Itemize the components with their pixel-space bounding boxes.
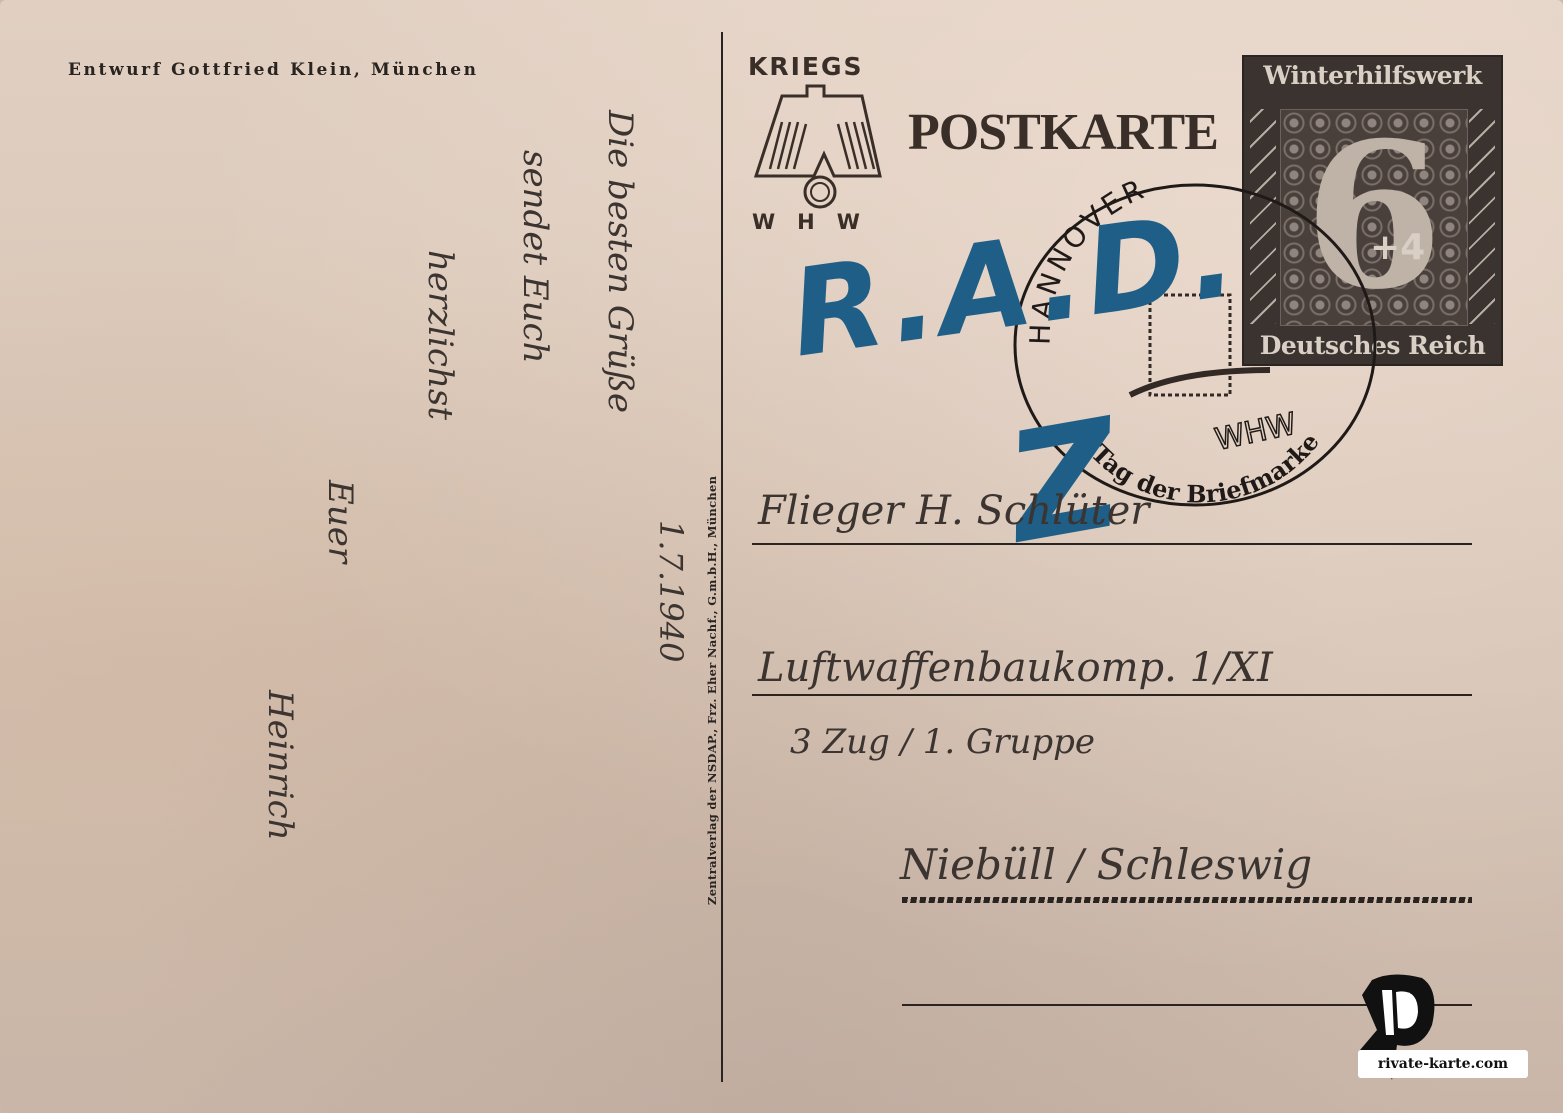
- publisher-imprint: Zentralverlag der NSDAP., Frz. Eher Nach…: [705, 476, 719, 905]
- address-line-2: Luftwaffenbaukomp. 1/XI: [758, 645, 1273, 691]
- eagle-emblem-icon: [752, 84, 892, 214]
- center-divider-line: [721, 32, 723, 1082]
- message-line-5: Heinrich: [260, 690, 300, 841]
- address-line-3: 3 Zug / 1. Gruppe: [790, 722, 1095, 762]
- address-line-1: Flieger H. Schlüter: [758, 488, 1149, 534]
- private-karte-watermark: rivate-karte.com: [1352, 970, 1442, 1084]
- whw-label: WHW: [752, 210, 882, 234]
- message-line-4: Euer: [320, 480, 360, 563]
- address-rule-1: [752, 543, 1472, 545]
- address-rule-2: [752, 694, 1472, 696]
- kriegs-label: KRIEGS: [748, 52, 864, 81]
- message-date: 1.7.1940: [652, 520, 690, 663]
- postcard: Entwurf Gottfried Klein, München Zentral…: [0, 0, 1563, 1113]
- postkarte-title: POSTKARTE: [908, 103, 1218, 162]
- message-line-1: Die besten Grüße: [600, 110, 640, 413]
- stamp-top-text: Winterhilfswerk: [1244, 61, 1501, 90]
- watermark-text: rivate-karte.com: [1358, 1050, 1528, 1078]
- message-line-3: herzlichst: [420, 250, 460, 420]
- design-credit: Entwurf Gottfried Klein, München: [68, 60, 479, 80]
- message-line-2: sendet Euch: [515, 150, 555, 363]
- address-rule-3: [902, 897, 1472, 903]
- address-line-4: Niebüll / Schleswig: [900, 840, 1312, 889]
- stamp-border-ornament: [1469, 109, 1495, 324]
